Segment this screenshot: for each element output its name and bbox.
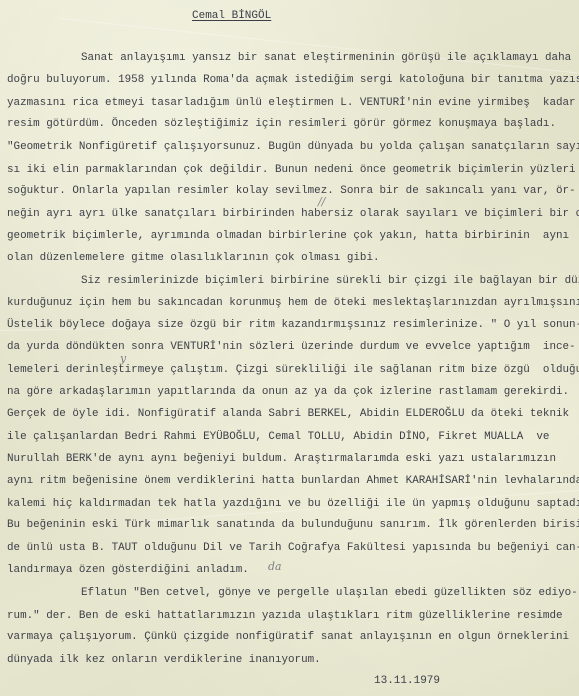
text-line: rum." der. Ben de eski hattatlarımızın y… bbox=[7, 609, 563, 623]
handwritten-mark: da bbox=[268, 560, 281, 573]
text-line: da yurda döndükten sonra VENTURİ'nin söz… bbox=[7, 340, 576, 354]
text-line: ile çalışanlardan Bedri Rahmi EYÜBOĞLU, … bbox=[7, 430, 549, 444]
text-line: Sanat anlayışımı yansız bir sanat eleşti… bbox=[81, 51, 571, 65]
author-heading: Cemal BİNGÖL bbox=[192, 10, 271, 22]
text-line: kalemi hiç kaldırmadan tek hatla yazdığı… bbox=[7, 497, 579, 511]
text-line: Bu beğeninin eski Türk mimarlık sanatınd… bbox=[7, 518, 579, 532]
text-line: kurduğunuz için hem bu sakıncadan korunm… bbox=[7, 296, 579, 310]
document-date: 13.11.1979 bbox=[374, 675, 440, 687]
text-line: resim götürdüm. Önceden sözleştiğimiz iç… bbox=[7, 117, 556, 131]
text-line: neğin ayrı ayrı ülke sanatçıları birbiri… bbox=[7, 207, 579, 221]
text-line: soğuktur. Onlarla yapılan resimler kolay… bbox=[7, 184, 576, 198]
text-line: yazmasını rica etmeyi tasarladığım ünlü … bbox=[7, 96, 576, 110]
text-line: sı iki elin parmaklarından çok değildir.… bbox=[7, 163, 576, 177]
text-line: Eflatun "Ben cetvel, gönye ve pergelle u… bbox=[81, 586, 578, 600]
text-line: na göre arkadaşlarımın yapıtlarında da o… bbox=[7, 385, 569, 399]
text-line: "Geometrik Nonfigüretif çalışıyorsunuz. … bbox=[7, 140, 579, 154]
text-line: varmaya çalışıyorum. Çünkü çizgide nonfi… bbox=[7, 630, 569, 644]
text-line: doğru buluyorum. 1958 yılında Roma'da aç… bbox=[7, 73, 579, 87]
handwritten-mark: y bbox=[120, 352, 126, 365]
paper-crease bbox=[60, 18, 577, 73]
scanned-document-page: Cemal BİNGÖL Sanat anlayışımı yansız bir… bbox=[0, 0, 579, 696]
text-line: geometrik biçimlerle, ayrımında olmadan … bbox=[7, 229, 569, 243]
text-line: olan düzenlemelere gitme olasılıklarının… bbox=[7, 251, 380, 265]
text-line: Siz resimlerinizde biçimleri birbirine s… bbox=[81, 274, 579, 288]
text-line: landırmaya özen gösterdiğini anladım. bbox=[7, 563, 249, 577]
text-line: Üstelik böylece doğaya size özgü bir rit… bbox=[7, 318, 579, 332]
handwritten-mark: // bbox=[318, 195, 325, 208]
text-line: aynı ritm beğenisine önem verdiklerini h… bbox=[7, 474, 579, 488]
text-line: lemeleri derinleştirmeye çalıştım. Çizgi… bbox=[7, 363, 579, 377]
text-line: dünyada ilk kez onların verdiklerine ina… bbox=[7, 653, 321, 667]
text-line: Gerçek de öyle idi. Nonfigüratif alanda … bbox=[7, 407, 569, 421]
text-line: Nurullah BERK'de aynı aynı beğeniyi buld… bbox=[7, 452, 556, 466]
text-line: de ünlü usta B. TAUT olduğunu Dil ve Tar… bbox=[7, 541, 579, 555]
